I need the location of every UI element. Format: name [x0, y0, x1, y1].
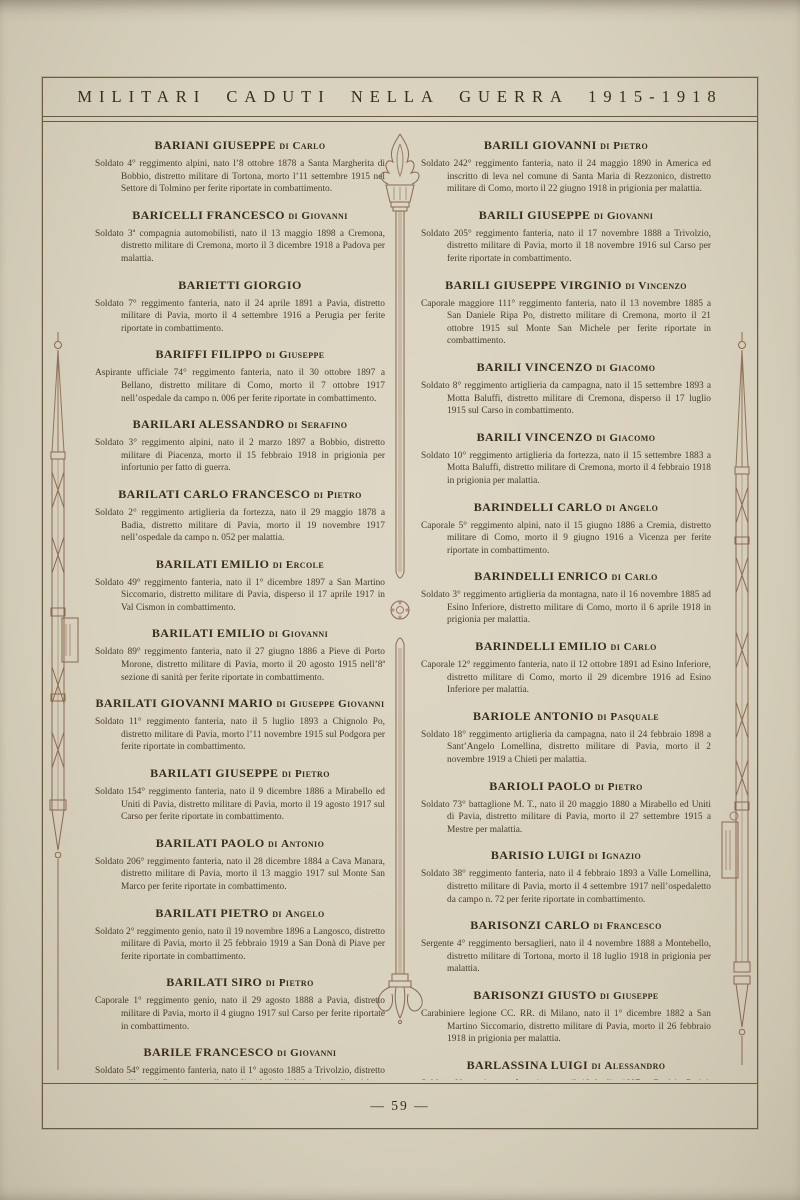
entry-surname-givenname: BARIANI GIUSEPPE: [155, 138, 276, 152]
entry-surname-givenname: BARISONZI GIUSTO: [473, 988, 596, 1002]
column-right: BARILI GIOVANNI di Pietro Soldato 242° r…: [421, 138, 711, 1080]
entry-description: Sergente 4° reggimento bersaglieri, nato…: [421, 938, 711, 976]
entry-father-name: Carlo: [625, 571, 658, 583]
casualty-entry: BARILATI CARLO FRANCESCO di Pietro Solda…: [95, 487, 385, 545]
casualty-entry: BARILATI SIRO di Pietro Caporale 1° regg…: [95, 975, 385, 1033]
casualty-entry: BARINDELLI ENRICO di Carlo Soldato 3° re…: [421, 569, 711, 627]
entry-description: Soldato 49° reggimento fanteria, nato il…: [95, 577, 385, 615]
entry-di: di: [276, 698, 286, 710]
entry-name-heading: BARLASSINA LUIGI di Alessandro: [421, 1058, 711, 1073]
entry-description: Caporale 5° reggimento alpini, nato il 1…: [421, 520, 711, 558]
entry-description: Soldato 3° reggimento alpini, nato il 2 …: [95, 437, 385, 475]
entry-description: Aspirante ufficiale 74° reggimento fante…: [95, 367, 385, 405]
page-number: — 59 —: [370, 1098, 429, 1114]
entry-description: Soldato 3° reggimento artiglieria da mon…: [421, 589, 711, 627]
entry-name-heading: BARICELLI FRANCESCO di Giovanni: [95, 208, 385, 223]
entry-di: di: [606, 502, 616, 514]
entry-di: di: [268, 838, 278, 850]
entry-name-heading: BARILARI ALESSANDRO di Serafino: [95, 417, 385, 432]
entry-di: di: [595, 781, 605, 793]
entry-description: Soldato 7° reggimento fanteria, nato il …: [95, 298, 385, 336]
entry-father-name: Vincenzo: [638, 280, 686, 292]
entry-di: di: [273, 559, 283, 571]
entry-father-name: Pietro: [613, 140, 648, 152]
entry-name-heading: BARILATI PAOLO di Antonio: [95, 836, 385, 851]
entry-surname-givenname: BARINDELLI EMILIO: [475, 639, 607, 653]
entry-father-name: Serafino: [301, 419, 347, 431]
entry-di: di: [625, 280, 635, 292]
entry-surname-givenname: BARILARI ALESSANDRO: [133, 417, 285, 431]
entry-di: di: [612, 571, 622, 583]
title-band: MILITARI CADUTI NELLA GUERRA 1915-1918: [43, 78, 757, 117]
footer-band: — 59 —: [43, 1083, 757, 1128]
entry-name-heading: BARILATI GIUSEPPE di Pietro: [95, 766, 385, 781]
casualty-entry: BARILI VINCENZO di Giacomo Soldato 8° re…: [421, 360, 711, 418]
entry-di: di: [589, 850, 599, 862]
entry-di: di: [591, 1060, 601, 1072]
entry-description: Soldato 2° reggimento genio, nato il 19 …: [95, 926, 385, 964]
entry-di: di: [600, 140, 610, 152]
casualty-entry: BARILATI PAOLO di Antonio Soldato 206° r…: [95, 836, 385, 894]
column-left: BARIANI GIUSEPPE di Carlo Soldato 4° reg…: [95, 138, 385, 1080]
entry-description: Soldato 3ª compagnia automobilisti, nato…: [95, 228, 385, 266]
entry-surname-givenname: BARIETTI GIORGIO: [178, 278, 301, 292]
entry-di: di: [596, 362, 606, 374]
entry-di: di: [288, 419, 298, 431]
entry-description: Soldato 205° reggimento fanteria, nato i…: [421, 228, 711, 266]
entry-name-heading: BARILATI EMILIO di Giovanni: [95, 626, 385, 641]
entry-surname-givenname: BARISONZI CARLO: [470, 918, 590, 932]
casualty-entry: BARILE FRANCESCO di Giovanni Soldato 54°…: [95, 1045, 385, 1080]
casualty-entry: BARIFFI FILIPPO di Giuseppe Aspirante uf…: [95, 347, 385, 405]
entry-father-name: Giuseppe Giovanni: [289, 698, 384, 710]
entry-di: di: [611, 641, 621, 653]
entry-father-name: Giuseppe: [279, 349, 325, 361]
entry-surname-givenname: BARILATI GIOVANNI MARIO: [96, 696, 273, 710]
casualty-entry: BARISONZI GIUSTO di Giuseppe Carabiniere…: [421, 988, 711, 1046]
entry-father-name: Giovanni: [301, 210, 347, 222]
entry-father-name: Pietro: [279, 977, 314, 989]
entry-di: di: [596, 432, 606, 444]
entry-name-heading: BARISONZI CARLO di Francesco: [421, 918, 711, 933]
entry-name-heading: BARIOLI PAOLO di Pietro: [421, 779, 711, 794]
entry-name-heading: BARIETTI GIORGIO: [95, 278, 385, 293]
casualty-entry: BARILATI GIOVANNI MARIO di Giuseppe Giov…: [95, 696, 385, 754]
entry-surname-givenname: BARISIO LUIGI: [491, 848, 585, 862]
entry-father-name: Giacomo: [609, 362, 655, 374]
casualty-entry: BARIANI GIUSEPPE di Carlo Soldato 4° reg…: [95, 138, 385, 196]
entry-surname-givenname: BARILI GIUSEPPE: [479, 208, 591, 222]
entry-father-name: Pietro: [608, 781, 643, 793]
casualty-entry: BARICELLI FRANCESCO di Giovanni Soldato …: [95, 208, 385, 266]
entry-description: Soldato 206° reggimento fanteria, nato i…: [95, 856, 385, 894]
casualty-entry: BARILI VINCENZO di Giacomo Soldato 10° r…: [421, 430, 711, 488]
entry-description: Soldato 242° reggimento fanteria, nato i…: [421, 158, 711, 196]
entry-description: Soldato 18° reggimento artiglieria da ca…: [421, 729, 711, 767]
entry-di: di: [314, 489, 324, 501]
entry-father-name: Pietro: [295, 768, 330, 780]
entry-description: Caporale maggiore 111° reggimento fanter…: [421, 298, 711, 348]
casualty-entry: BARLASSINA LUIGI di Alessandro Soldato 8…: [421, 1058, 711, 1080]
entry-di: di: [277, 1047, 287, 1059]
page-frame: MILITARI CADUTI NELLA GUERRA 1915-1918 B…: [42, 77, 758, 1129]
entry-description: Carabiniere legione CC. RR. di Milano, n…: [421, 1008, 711, 1046]
entry-surname-givenname: BARINDELLI ENRICO: [474, 569, 608, 583]
entry-name-heading: BARISIO LUIGI di Ignazio: [421, 848, 711, 863]
entry-father-name: Giuseppe: [613, 990, 659, 1002]
entry-description: Soldato 73° battaglione M. T., nato il 2…: [421, 799, 711, 837]
entry-description: Soldato 89° reggimento fanteria, nato il…: [95, 646, 385, 684]
entry-description: Soldato 8° reggimento fanteria, nato il …: [421, 1078, 711, 1080]
entry-description: Soldato 10° reggimento artiglieria da fo…: [421, 450, 711, 488]
entry-surname-givenname: BARIFFI FILIPPO: [155, 347, 262, 361]
entry-surname-givenname: BARLASSINA LUIGI: [467, 1058, 588, 1072]
entry-name-heading: BARILI VINCENZO di Giacomo: [421, 430, 711, 445]
casualty-entry: BARISONZI CARLO di Francesco Sergente 4°…: [421, 918, 711, 976]
entry-name-heading: BARIANI GIUSEPPE di Carlo: [95, 138, 385, 153]
entries-area: BARIANI GIUSEPPE di Carlo Soldato 4° reg…: [43, 122, 757, 1080]
entry-name-heading: BARILATI PIETRO di Angelo: [95, 906, 385, 921]
entry-name-heading: BARINDELLI EMILIO di Carlo: [421, 639, 711, 654]
entry-name-heading: BARILATI EMILIO di Ercole: [95, 557, 385, 572]
entry-name-heading: BARILATI SIRO di Pietro: [95, 975, 385, 990]
entry-father-name: Pietro: [327, 489, 362, 501]
entry-father-name: Alessandro: [605, 1060, 666, 1072]
casualty-entry: BARILATI GIUSEPPE di Pietro Soldato 154°…: [95, 766, 385, 824]
page-title: MILITARI CADUTI NELLA GUERRA 1915-1918: [77, 87, 722, 107]
entry-surname-givenname: BARILI GIUSEPPE VIRGINIO: [445, 278, 622, 292]
entry-father-name: Giovanni: [607, 210, 653, 222]
entry-father-name: Giacomo: [609, 432, 655, 444]
entry-description: Soldato 4° reggimento alpini, nato l’8 o…: [95, 158, 385, 196]
entry-description: Soldato 8° reggimento artiglieria da cam…: [421, 380, 711, 418]
casualty-entry: BARIETTI GIORGIO Soldato 7° reggimento f…: [95, 278, 385, 336]
entry-surname-givenname: BARILATI EMILIO: [156, 557, 269, 571]
entry-description: Soldato 38° reggimento fanteria, nato il…: [421, 868, 711, 906]
casualty-entry: BARINDELLI CARLO di Angelo Caporale 5° r…: [421, 500, 711, 558]
book-page: MILITARI CADUTI NELLA GUERRA 1915-1918 B…: [0, 0, 800, 1200]
entry-surname-givenname: BARILATI EMILIO: [152, 626, 265, 640]
entry-description: Soldato 11° reggimento fanteria, nato il…: [95, 716, 385, 754]
entry-surname-givenname: BARILATI PIETRO: [155, 906, 268, 920]
entry-name-heading: BARINDELLI CARLO di Angelo: [421, 500, 711, 515]
entry-surname-givenname: BARILATI PAOLO: [156, 836, 265, 850]
entry-name-heading: BARIFFI FILIPPO di Giuseppe: [95, 347, 385, 362]
entry-father-name: Antonio: [281, 838, 324, 850]
entry-di: di: [600, 990, 610, 1002]
casualty-entry: BARILI GIOVANNI di Pietro Soldato 242° r…: [421, 138, 711, 196]
entry-di: di: [597, 711, 607, 723]
entry-father-name: Carlo: [624, 641, 657, 653]
entry-surname-givenname: BARILE FRANCESCO: [144, 1045, 274, 1059]
entry-surname-givenname: BARIOLE ANTONIO: [473, 709, 594, 723]
entry-name-heading: BARISONZI GIUSTO di Giuseppe: [421, 988, 711, 1003]
entry-di: di: [269, 628, 279, 640]
casualty-entry: BARILATI EMILIO di Ercole Soldato 49° re…: [95, 557, 385, 615]
entry-name-heading: BARILATI CARLO FRANCESCO di Pietro: [95, 487, 385, 502]
entry-surname-givenname: BARILATI SIRO: [166, 975, 262, 989]
casualty-entry: BARILARI ALESSANDRO di Serafino Soldato …: [95, 417, 385, 475]
entry-name-heading: BARILI GIUSEPPE VIRGINIO di Vincenzo: [421, 278, 711, 293]
entry-description: Caporale 1° reggimento genio, nato il 29…: [95, 995, 385, 1033]
entry-surname-givenname: BARINDELLI CARLO: [474, 500, 603, 514]
entry-di: di: [266, 977, 276, 989]
entry-di: di: [593, 920, 603, 932]
casualty-entry: BARILATI PIETRO di Angelo Soldato 2° reg…: [95, 906, 385, 964]
entry-surname-givenname: BARILATI CARLO FRANCESCO: [118, 487, 310, 501]
entry-di: di: [279, 140, 289, 152]
entry-name-heading: BARILI GIUSEPPE di Giovanni: [421, 208, 711, 223]
casualty-entry: BARIOLE ANTONIO di Pasquale Soldato 18° …: [421, 709, 711, 767]
entry-surname-givenname: BARILI VINCENZO: [477, 430, 593, 444]
entry-father-name: Francesco: [607, 920, 662, 932]
entry-di: di: [288, 210, 298, 222]
entry-father-name: Carlo: [292, 140, 325, 152]
casualty-entry: BARISIO LUIGI di Ignazio Soldato 38° reg…: [421, 848, 711, 906]
entry-father-name: Angelo: [285, 908, 324, 920]
entry-name-heading: BARINDELLI ENRICO di Carlo: [421, 569, 711, 584]
entry-father-name: Angelo: [619, 502, 658, 514]
entry-di: di: [594, 210, 604, 222]
entry-di: di: [282, 768, 292, 780]
entry-di: di: [272, 908, 282, 920]
entry-di: di: [266, 349, 276, 361]
casualty-entry: BARIOLI PAOLO di Pietro Soldato 73° batt…: [421, 779, 711, 837]
entry-name-heading: BARILATI GIOVANNI MARIO di Giuseppe Giov…: [95, 696, 385, 711]
entry-surname-givenname: BARILI GIOVANNI: [484, 138, 597, 152]
casualty-entry: BARILI GIUSEPPE VIRGINIO di Vincenzo Cap…: [421, 278, 711, 348]
entry-father-name: Giovanni: [282, 628, 328, 640]
entry-name-heading: BARILI VINCENZO di Giacomo: [421, 360, 711, 375]
entry-name-heading: BARIOLE ANTONIO di Pasquale: [421, 709, 711, 724]
entry-surname-givenname: BARIOLI PAOLO: [489, 779, 591, 793]
entry-name-heading: BARILE FRANCESCO di Giovanni: [95, 1045, 385, 1060]
casualty-entry: BARILATI EMILIO di Giovanni Soldato 89° …: [95, 626, 385, 684]
entry-surname-givenname: BARILI VINCENZO: [477, 360, 593, 374]
entry-surname-givenname: BARICELLI FRANCESCO: [132, 208, 285, 222]
entry-description: Soldato 54° reggimento fanteria, nato il…: [95, 1065, 385, 1080]
entry-description: Soldato 154° reggimento fanteria, nato i…: [95, 786, 385, 824]
entry-description: Caporale 12° reggimento fanteria, nato i…: [421, 659, 711, 697]
entry-father-name: Giovanni: [290, 1047, 336, 1059]
entry-father-name: Pasquale: [610, 711, 659, 723]
entry-name-heading: BARILI GIOVANNI di Pietro: [421, 138, 711, 153]
entry-description: Soldato 2° reggimento artiglieria da for…: [95, 507, 385, 545]
casualty-entry: BARINDELLI EMILIO di Carlo Caporale 12° …: [421, 639, 711, 697]
entry-father-name: Ignazio: [602, 850, 642, 862]
entry-father-name: Ercole: [286, 559, 324, 571]
entry-surname-givenname: BARILATI GIUSEPPE: [150, 766, 278, 780]
casualty-entry: BARILI GIUSEPPE di Giovanni Soldato 205°…: [421, 208, 711, 266]
